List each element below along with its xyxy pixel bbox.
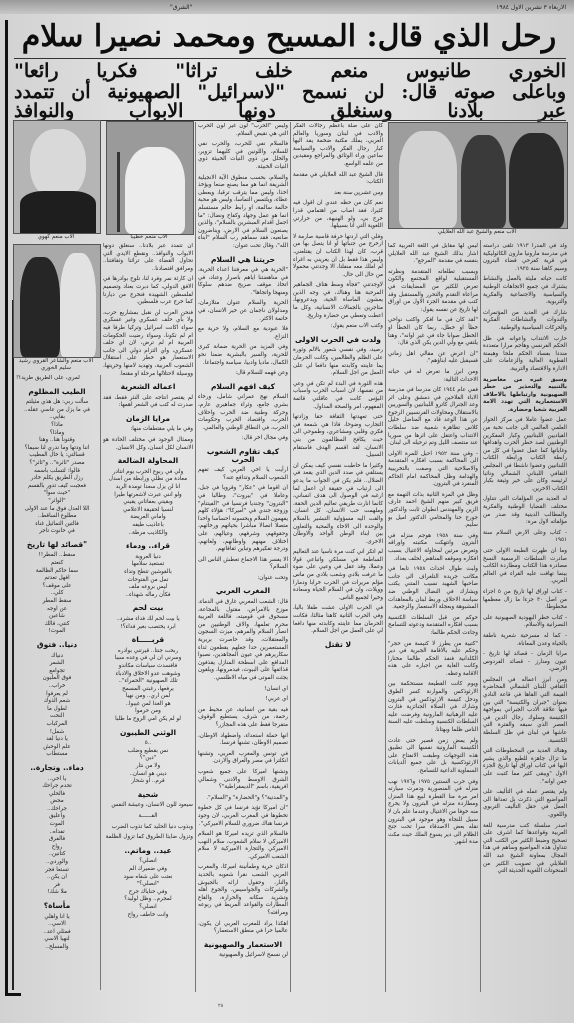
figure-face <box>30 129 86 199</box>
photo-caption-2: الاب منعم خطيبا <box>106 234 192 240</box>
section-heading: المغرب العربي <box>198 587 288 595</box>
poem-line: شاعين <box>16 613 98 621</box>
poem-line: في حانوت تاجر <box>16 528 98 536</box>
column-divider <box>385 240 386 992</box>
poem-line: كنتي، قالك <box>16 621 98 629</box>
paragraph: اي عربي! <box>198 696 288 704</box>
paragraph: ليس لها مقابل في اللغة العربية كما اشار … <box>388 243 478 266</box>
poem-line: مصدر "ثائرة".. و"ثائر"؟ <box>16 460 98 468</box>
poem-line: في ما يزل من عاسي عقله.. <box>16 407 98 415</box>
poem-line: انا لن يزل سعدا تومدة الربد <box>103 484 193 492</box>
poem-line: الشمر <box>16 660 98 668</box>
poem-block: ولي في ربوع الحرب يوم انتادر معادة من نظ… <box>103 469 193 537</box>
paragraph: ومن ابرز ما تعرض له في حياته الاحداث الت… <box>388 369 478 384</box>
poem-block: سقط.. المطر!! كنعتم سما حاكم الظالمة افه… <box>16 552 98 636</box>
article-column-6: لمري، على الطريق طريد؟! الطيب المظلوم سأ… <box>16 375 98 990</box>
photo-caption-3: الاب منعم كهوي <box>13 234 99 240</box>
paragraph: ان كارثة نمر وفرد لنا، تلوح بوادرها في ا… <box>103 276 193 306</box>
poem-line: اننا ودتها وما ندري لنا سيما؟ <box>16 445 98 453</box>
paragraph: ولبث طوال احداث ١٩٥٨ تابعا في مكاتب جريد… <box>388 566 478 612</box>
poem-line: وماذا؟ <box>16 430 98 438</box>
poem-line: قالوا: لتسلب باسمه <box>16 468 98 476</box>
poem-line: ربحت جنتا.. قيرتني بوادره <box>103 648 193 656</box>
paragraph: له العديد من المؤلفات التي تتناول مختلف … <box>483 496 567 526</box>
poem-line: دنياك <box>16 653 98 661</box>
poem-line: ولو انني عبرت لاشعرتها طيرا <box>103 492 193 500</box>
poem-block: ربحت جنتا.. قيرتني بوادره وسرني ان لي في… <box>103 648 193 724</box>
poem-block: ..٥ نس بقطيع وضلب "دين"؟ ولا من نتار دين… <box>103 740 193 786</box>
paragraph: الفــــــة <box>103 813 193 821</box>
poem-line: سقط المطر <box>16 598 98 606</box>
paragraph: فيه بقية من انسانية، عن محيط من رحمة، من… <box>198 707 288 730</box>
section-heading: دنيا.. فتوق <box>16 641 98 649</box>
section-heading: المحاولة الضالعة <box>103 457 193 465</box>
section-heading: حريتنا هي السلام <box>198 256 288 264</box>
section-heading: ولدت في الحرب الاولى <box>293 336 383 344</box>
poem-line: يا دنيا لقد <box>16 736 98 744</box>
paragraph: حوكم من قبل السلطات الكنسية بسبب افكاره … <box>388 615 478 638</box>
poem-block: دنيا العروبة تستعيد سلامها بالقوشين تتطح… <box>103 554 193 600</box>
paragraph: قال الشيخ عبد الله العلايلي في مقدمة الك… <box>293 172 383 187</box>
poem-line: وبقيتي بعفاتاني يقيني <box>103 499 193 507</box>
poem-line: تحدم جراحك <box>16 783 98 791</box>
paragraph: مرايا الزمان - قصائد لها تاريخ - عيون وم… <box>483 651 567 674</box>
poem-line: جراحك.. <box>16 806 98 814</box>
paragraph: حارب الانتداب واعوانه في ظل الحكم الفرنس… <box>483 336 567 374</box>
poem-line: يا اخي.. <box>16 776 98 784</box>
section-heading: قربـــــاة <box>103 636 193 644</box>
paragraph: وتزول ضايئا الطروق كما تزول الظلمة <box>103 834 193 842</box>
section-heading: اعماله الشعرية <box>103 383 193 391</box>
poem-line: قسالتي: يا خال المطيب <box>16 452 98 460</box>
paragraph: "ان اعرض عن مقالي اهل زماني فسيقبل عليه … <box>388 351 478 366</box>
paragraph: رصيد، وفي نفسي شعور بالالم وثورة على الظ… <box>293 347 383 377</box>
paragraph: هذه الثورة في البدء لم تكن في وعي من نفس… <box>293 381 383 411</box>
figure-priest-dark <box>20 257 60 357</box>
column-divider <box>195 122 196 992</box>
poem-line: هو الغدا لمن غيبوا.. <box>103 701 193 709</box>
paragraph: السلام نهج عمراني شامل، ورخاء بشري جامع،… <box>198 394 288 432</box>
poem-line: كلي.. <box>16 590 98 598</box>
poem-line: انصلي؟ <box>103 858 193 866</box>
poem-line: سقط.. المطر!! <box>16 552 98 560</box>
section-heading: الوثني الطيبون <box>103 729 193 737</box>
scan-top-edge <box>0 0 574 14</box>
poem-line: معادة من نظلي ورابطة من اسدل <box>103 476 193 484</box>
poem-line: والكاذيب مرطة.. <box>103 530 193 538</box>
newspaper-page: الاربعاء ٣ تشرين الاول ١٩٨٤ "الشرق" رحل … <box>0 0 574 1023</box>
photo-priest-and-sheikh <box>388 122 568 229</box>
poem-line: لنهيا الاسي <box>16 936 98 944</box>
paragraph: اصدر سلسلة كتب مدرسية للغة العربية وقواع… <box>483 823 567 876</box>
poem-line: اللا العدل فوق ما عند الاولى <box>16 506 98 514</box>
page-mark: ٢٨ <box>218 1003 223 1009</box>
dateline: الاربعاء ٣ تشرين الاول ١٩٨٤ <box>496 4 566 11</box>
paragraph: قال: الشعب المغربي غارق في الدماء، موزع … <box>198 599 288 683</box>
paragraph: فالسلام الذي تريده اميركا هو السلام الام… <box>198 831 288 861</box>
figure-priest <box>509 133 564 228</box>
paragraph: فنحن العرب لن نقبل بمشاريع حرب، ولا بأي … <box>103 310 193 378</box>
poem-block: انصلي؟ وفي ضميرك الم نعتت على شفاه سود "… <box>103 858 193 919</box>
paragraph: لم يقتصر انتاجه على النثر فقط، فقد صدرت … <box>103 395 193 410</box>
poem-line: "دين"؟ <box>103 755 193 763</box>
section-heading: شحية <box>103 791 193 799</box>
paragraph: وممثال الوجود في مختلف الحادة هو الانسان… <box>103 437 193 452</box>
paragraph: وفي ما يلي مقتطفات منها: <box>103 426 193 434</box>
poem-line: وفي ضميرك الم <box>103 866 193 874</box>
paragraph: ويوم كانت القطيعة مستحكمة بين الارثوذكس … <box>388 681 478 734</box>
poem-line: فالحلي <box>16 791 98 799</box>
poem-line: فالتين التماثيل غناء <box>16 521 98 529</box>
paragraph: عمل عضوا عاملا في مركز الحوار العلمي الع… <box>483 417 567 493</box>
headline: رحل الذي قال: المسيح ومحمد نصيرا سلام <box>14 18 564 56</box>
poem-line: وانت خاطف رواح <box>103 912 193 920</box>
poem-line: الاسي.. <box>16 921 98 929</box>
article-column-1: ولد في المدرا ١٩١٣ تلقى دراسته في مدرسة … <box>483 243 567 993</box>
poem-line: تجوامع <box>16 668 98 676</box>
paragraph: وليس "الحرب" لون غير لون الحرب التي هي ن… <box>198 123 288 138</box>
paragraph: وعن فهمه للسلام قال: <box>198 370 288 378</box>
paragraph: وفي مجال اخر قال: <box>198 435 288 443</box>
poem-line: فمثلي اعد.. <box>16 929 98 937</box>
photo-priest-portrait <box>13 120 101 234</box>
headline-rule <box>14 58 566 59</box>
poem-line: واعليق <box>16 813 98 821</box>
paragraph: اذكان حرية وطمأنينة اميركا، والمغرب العر… <box>198 864 288 917</box>
paragraph: لمري، على الطريق طريد؟! <box>16 375 98 383</box>
photo-caption-4: الاب منعم والشاعر القروي رشيد سليم الخور… <box>13 358 99 372</box>
paragraph: ان تتمدد عبر بلادنا.. سنغلق دونها الابوا… <box>103 243 193 273</box>
figure-young-man <box>461 135 506 228</box>
paragraph: كان على صلة بأعظم رجالات الفكر والادب في… <box>293 123 383 169</box>
poem-line: شعم الذوك <box>16 698 98 706</box>
photo-priest-speaking <box>106 121 194 235</box>
poem-line: تفداه.. <box>16 829 98 837</box>
poem-line: ..٥ <box>103 740 193 748</box>
poem-line: خراب.. <box>16 683 98 691</box>
section-heading: عيد.. وماتم.. <box>103 847 193 855</box>
paragraph: وتشنها اميركا على جميع شعوب الشرق الاوسط… <box>198 769 288 792</box>
figure-speaker <box>125 147 185 234</box>
paragraph: ولم يمض زمن قصير حتى عادت الكنيسة المارو… <box>388 738 478 776</box>
poem-line: بالقوشين تتطح وتداء <box>103 569 193 577</box>
paragraph: وبسبب تطلعاته المتقدمة ونظرته المستقبلية… <box>388 269 478 315</box>
subhead-line-3: عبر بلادنا وسنغلق دونها الابواب والنوافذ <box>14 102 566 121</box>
column-divider <box>480 240 481 992</box>
poem-line: ولا من نتار <box>103 763 193 771</box>
poem-line: وقتونا هنا.. وهنا <box>16 437 98 445</box>
poem-line: يا بيت لحم لك فداء مشرد.. <box>103 616 193 624</box>
paragraph: ارأيت يا اخي العربي كيف تفهم الشعوب السل… <box>198 467 288 482</box>
poem-line: فوق المليون <box>16 675 98 683</box>
photo-caption-1: الاب منعم والشيخ عبد الله العلايلي <box>388 229 566 235</box>
poem-line: نس بقطيع وضلب <box>103 748 193 756</box>
section-heading: دماء.. وتجارة.. <box>16 764 98 772</box>
poem-line: بقايي.. <box>16 414 98 422</box>
paragraph: ومن ابرز اعماله في المجلس الثقافي للبنان… <box>483 677 567 745</box>
poem-line: "الواثر" <box>16 498 98 506</box>
poem-block: سألت ربي: هل هذي مثيلتم في ما يزل من عاس… <box>16 399 98 536</box>
poem-line: كتانين.. <box>16 851 98 859</box>
poem-line: لمجرم.. وظل لوليد؟ <box>103 896 193 904</box>
subhead-line-1: الخوري طانيوس منعم خلف تراثا" فكريا رائع… <box>14 62 566 81</box>
microphone-stand <box>117 152 120 232</box>
poem-line: ملا شك! <box>16 889 98 897</box>
section-heading: الطيب المظلوم <box>16 388 98 396</box>
paragraph: الا يفسر هذا الاجماع تعطش الناس الى السل… <box>198 557 288 572</box>
poem-line: ان يكن.. <box>16 874 98 882</box>
poem-line: يا انا واهلي <box>16 914 98 922</box>
section-heading: مأساة؟ <box>16 902 98 910</box>
column-divider <box>290 122 291 992</box>
paragraph: وفلي التي اردتها حرفة قاسية صارمة لا ارخ… <box>293 234 383 280</box>
poem-line: الموت <box>16 821 98 829</box>
article-column-2: ليس لها مقابل في اللغة العربية كما اشار … <box>388 243 478 993</box>
left-inner-rule <box>12 300 14 990</box>
poem-line: وسرني ان لي في وعده سببا <box>103 655 193 663</box>
paragraph: "الحرية هي في معرفتنا اعداء الحرية، في م… <box>198 267 288 297</box>
paragraph: ولم يقتصر عمله في التأليف على المواضيع ا… <box>483 789 567 819</box>
poem-block: يا بيت لحم لك فداء مشرد.. ابرد يختصب بغي… <box>103 616 193 631</box>
poem-line: ابرد يختصب بغير فداء؟! <box>103 624 193 632</box>
poem-line: كنعتم <box>16 560 98 568</box>
poem-line: ليس بروعه ملف <box>103 584 193 592</box>
paragraph: انها حملة استعداء، واضطهاد الاوطان، تصمي… <box>198 733 288 748</box>
paragraph: - كما له مسرحية شعرية ناطقة بالحياة وعدن… <box>483 633 567 648</box>
paragraph: لن نسمح لاسرائيل والصهيونية <box>198 952 288 960</box>
poem-line: تلك الصهيونية "الحمراء".. <box>103 678 193 686</box>
paragraph: لاوجدتني "فجأة وسط هتاف الجماهير المرحبة… <box>293 282 383 320</box>
poem-line: ديني هو انسان.. <box>103 771 193 779</box>
poem-line: عن اوجه <box>16 606 98 614</box>
poem-line: انصلي؟ <box>103 904 193 912</box>
poem-line: افهل تعدتم <box>16 575 98 583</box>
poem-line: يرفعها، رغبتي المسمح <box>103 686 193 694</box>
paragraph: وبذوب دنيا الحليد كما تذوب الضرب <box>103 824 193 832</box>
paragraph: في الحرب الاولى عشت طفلا باليا، وفي الحر… <box>293 605 383 635</box>
paragraph: وكثيرا ما خاطبت نفسي كيف يمكن ان يستلقي … <box>293 463 383 547</box>
section-heading: كيف افهم السلام <box>198 383 288 391</box>
poem-line: دنيا العروبة <box>103 554 193 562</box>
paragraph: "ان اميركا تؤيد فرنسا في كل خطوة تخطوها … <box>198 805 288 828</box>
poem-line: لطول ما <box>16 706 98 714</box>
poem-line: وشوهت عدو الاخلاق والادباء <box>103 671 193 679</box>
column-divider <box>100 375 101 990</box>
poem-line: فافسدت سياسات مكاندو <box>103 663 193 671</box>
paragraph: اي انسان! <box>198 686 288 694</box>
photo-priest-and-poet <box>13 244 101 358</box>
paragraph: كانت حياته مليئة بالعمل والنشاط يشترك في… <box>483 276 567 306</box>
poem-line: مستطاب <box>16 751 98 759</box>
poem-line: فر <box>16 882 98 890</box>
poem-line: باعاذيب طيفه <box>103 522 193 530</box>
figure-cassock <box>20 191 96 233</box>
poem-line: "انصلي؟" <box>103 881 193 889</box>
article-column-4: وليس "الحرب" لون غير لون الحرب التي هي ن… <box>198 123 288 991</box>
handwritten-note: ومن عشرين سنة بعد <box>293 190 383 198</box>
section-heading: "قصائد لها تاريخ <box>16 541 98 549</box>
section-heading: مرايا الزمان <box>103 415 193 423</box>
paragraph: ان اقوما في "عكار" وقرويا في جبل، وعاملا… <box>198 485 288 553</box>
paragraph: وظل في المرة الثانية بذات التهمة مع فريق… <box>388 492 478 530</box>
poem-line: سما حاكم الظالمة <box>16 568 98 576</box>
poem-line: لم يعرفوا <box>16 691 98 699</box>
section-heading: لا تقتل <box>293 641 383 649</box>
poem-line: لنسيا لحقيقة الاعلامي <box>103 507 193 515</box>
paragraph: وتحت عنوان: <box>198 575 288 583</box>
left-border-rule <box>5 20 8 995</box>
paragraph: و"المدنية"؟ و"الحضارة" و"السلام". <box>198 795 288 803</box>
paragraph: لم اتكر اني كنت مرة ناسيا عند التعاليم ا… <box>293 549 383 602</box>
article-column-5: ان تتمدد عبر بلادنا.. سنغلق دونها الابوا… <box>103 243 193 993</box>
paragraph: "كتيبة من يطرز لا كنيسة من حجر" وحكم علي… <box>388 641 478 679</box>
poem-line: قرم.. او شحار <box>103 778 193 786</box>
poem-block: دنياك الشمر تجوامع فوق المليون خراب.. لم… <box>16 653 98 759</box>
paragraph: اهكذا يراد للمغرب العربي ان يكون، عالميا… <box>198 921 288 936</box>
poem-line: وفي حناياك جرح <box>103 889 193 897</box>
poem-line: نعتت على شفاه سود <box>103 874 193 882</box>
paragraph: حتى تعهدتها الثقافة حقا وزادتها التجارب … <box>293 414 383 460</box>
paragraph: وما ان ظهرت الطبعة الاولى حتى صادرت السل… <box>483 548 567 586</box>
paragraph: نعم كان من حظه عندي ان اقول فيه كثيرا، ف… <box>293 200 383 230</box>
poem-line: رزل الطريق يكلم خادر <box>16 475 98 483</box>
paragraph: وفي حرب السنتين ١٩٧٥ و١٩٧٦ نهب منزله في … <box>388 779 478 847</box>
section-heading: كيف تقاوم الشعوب الحرب <box>198 448 288 463</box>
poem-line: المركباب <box>16 721 98 729</box>
poem-line: محض <box>16 798 98 806</box>
paper-name: "الشرق" <box>170 4 192 11</box>
poem-line: تمل من الفتوحات <box>103 577 193 585</box>
paragraph: وسبق غيره من معاصرية بالتنبيه والتحذير م… <box>483 377 567 415</box>
section-heading: بيت لحم <box>103 604 193 612</box>
paragraph: ولد في المدرا ١٩١٣ تلقى دراسته في مدرسة … <box>483 243 567 273</box>
paragraph: وهناك العديد من المخطوطات التي ما تزال ج… <box>483 748 567 786</box>
paragraph: وفي المزيد من الحرية ضمانة كبرى للحرية، … <box>198 344 288 367</box>
paragraph: وفي سنة ١٩٥٨ هوجم منزله في البترون وانته… <box>388 533 478 563</box>
figure-sheikh <box>399 131 457 228</box>
poem-line: "حيث سوا" <box>16 490 98 498</box>
section-heading: قراء.. ودماء <box>103 542 193 550</box>
paragraph: سيعود للون الانسان، وعيشة النفس <box>103 802 193 810</box>
paragraph: في تونس والمغرب العربي، وتشنها انكلترا ف… <box>198 751 288 766</box>
poem-line: ومن حرموا <box>103 708 193 716</box>
article-column-3: كان على صلة بأعظم رجالات الفكر والادب في… <box>293 123 383 991</box>
poem-line: فعجبت كيف تدور بالقسم <box>16 483 98 491</box>
poem-line: والمسلح.. <box>16 944 98 952</box>
paragraph: فلا عبودية مع السلام، ولا حرية مع النزاع… <box>198 326 288 341</box>
poem-line: فكأن رماله شهداء.. <box>103 592 193 600</box>
paragraph: ففي عام ١٩٤٤ كان مدرسا في مدرسة الاباء ا… <box>388 387 478 448</box>
section-heading: الاستعمار والصهيونية <box>198 941 288 949</box>
paragraph: - وفي سنة ١٩٥٢ احيل للمرة الاولى الى الم… <box>388 451 478 489</box>
poem-line: فالفرق <box>16 836 98 844</box>
paragraph: شارك في العديد من المؤتمرات والندوات وال… <box>483 310 567 333</box>
paragraph: "لقد كان في ما افكر واكتب نواحي خطأ او خ… <box>388 317 478 347</box>
poem-line: ماذا؟ <box>16 422 98 430</box>
poem-line: واماني العريضة <box>103 514 193 522</box>
paragraph: فالسلام نفي للحرب، والحرب نفي للسلام، وا… <box>198 141 288 171</box>
poem-block: يا انا واهلي الاسي.. فمثلي اعد.. لنهيا ا… <box>16 914 98 952</box>
poem-line: مطلوع الساقط.. <box>16 513 98 521</box>
poem-line: لمن اري.. ومن نهيا <box>103 693 193 701</box>
paragraph: وكتب الاب منعم يقول: <box>293 323 383 331</box>
poem-line: والوردي.. <box>16 859 98 867</box>
poem-line: لو لم يكن امي الروح ما طلبا <box>103 716 193 724</box>
figure-poet-light <box>60 253 96 357</box>
poem-line: النحت <box>16 713 98 721</box>
paragraph: - كتاب اوراق لها تاريخ من ٥ اجزاء من اصل… <box>483 589 567 612</box>
paragraph: والسلام، بحسب منطوق الآية الانجيلية الشر… <box>198 175 288 251</box>
paragraph: - كتاب خطر اليهودية الصهيونية على النصرا… <box>483 615 567 630</box>
bottom-border-rule <box>5 993 21 996</box>
poem-block: يا اخي.. تحدم جراحك فالحلي محض جراحك.. و… <box>16 776 98 898</box>
paragraph: الحرية والسلام عنوان متلازمان، ومدلولان … <box>198 300 288 323</box>
poem-line: سألت ربي: هل هذي مثيلتم <box>16 399 98 407</box>
poem-line: تستعيد سلامها <box>103 561 193 569</box>
paragraph: - كتاب وعلى الارض السلام سنة ١٩٥١ <box>483 530 567 545</box>
poem-line: ولي في ربوع الحرب يوم انتادر <box>103 469 193 477</box>
poem-line: الموت! <box>16 628 98 636</box>
poem-line: علم الوحش <box>16 744 98 752</box>
poem-line: شمل! <box>16 729 98 737</box>
